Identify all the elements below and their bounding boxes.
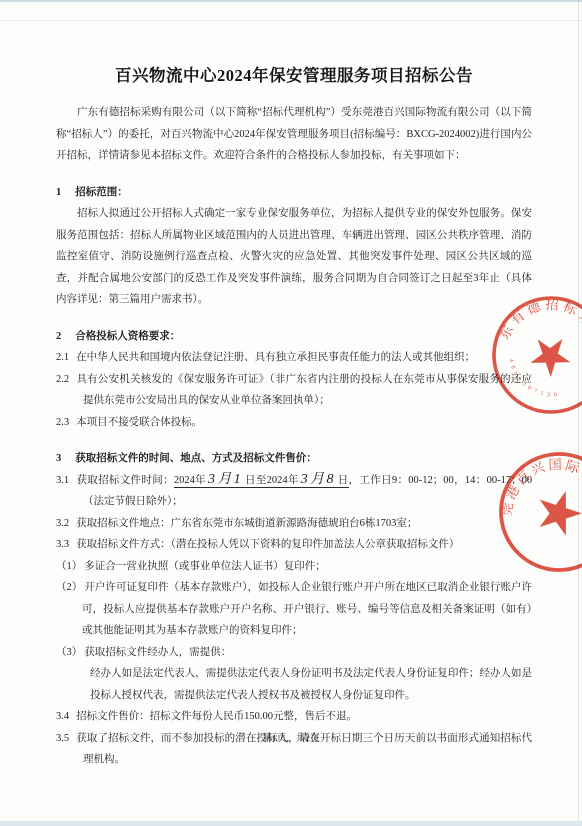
item-number: 3.4: [56, 711, 69, 722]
item-3-4: 3.4招标文件售价：招标文件每份人民币150.00元整，售后不退。: [56, 706, 532, 728]
item-number: 3.1: [56, 475, 69, 486]
section-number: 2: [56, 331, 61, 342]
item-number: 3.3: [56, 539, 69, 550]
date-year-start: 2024年: [174, 475, 206, 486]
document-title: 百兴物流中心2024年保安管理服务项目招标公告: [56, 62, 532, 86]
section-1-body: 招标人拟通过公开招标人式确定一家专业保安服务单位，为招标人提供专业的保安外包服务…: [56, 203, 532, 311]
item-text: 具有公安机关核发的《保安服务许可证》（非广东省内注册的投标人在东莞市从事保安服务…: [76, 374, 532, 407]
section-number: 1: [56, 187, 61, 198]
item-number: 2.2: [56, 374, 69, 385]
section-1-heading: 1招标范围：: [56, 182, 532, 204]
subitem-text: 多证合一营业执照（或事业单位法人证书）复印件；: [84, 561, 326, 572]
handwritten-date-start: 3月1: [206, 472, 245, 487]
item-2-2: 2.2具有公安机关核发的《保安服务许可证》（非广东省内注册的投标人在东莞市从事保…: [56, 369, 532, 412]
page-top-edge: [0, 0, 582, 2]
item-number: 2.3: [56, 417, 69, 428]
item-text: 招标文件售价：招标文件每份人民币150.00元整，售后不退。: [76, 711, 357, 722]
subitem-text: 开户许可证复印件（基本存款账户），如投标人企业银行账户开户所在地区已取消企业银行…: [82, 582, 532, 636]
section-2-heading: 2合格投标人资格要求：: [56, 326, 532, 348]
item-number: 2.1: [56, 352, 69, 363]
page-right-edge: [578, 0, 579, 826]
subitem-number: （2）: [56, 582, 82, 593]
item-3-3: 3.3获取招标文件方式：（潜在投标人凭以下资料的复印件加盖法人公章获取招标文件）: [56, 534, 532, 556]
handwritten-date-end: 3月8: [299, 472, 338, 487]
page-number: 第1页，共2页: [0, 730, 582, 744]
subitem-3-body: 经办人如是法定代表人，需提供法定代表人身份证明书及法定代表人身份证复印件；经办人…: [90, 663, 532, 706]
section-title: 合格投标人资格要求：: [75, 331, 180, 342]
subitem-text: 获取招标文件经办人，需提供：: [84, 647, 231, 658]
section-title: 招标范围：: [75, 187, 128, 198]
date-day-suffix: 日: [337, 475, 348, 486]
section-3-heading: 3获取招标文件的时间、地点、方式及招标文件售价：: [56, 448, 532, 470]
date-mid: 日至2024年: [245, 475, 299, 486]
item-number: 3.2: [56, 518, 69, 529]
item-2-1: 2.1在中华人民共和国境内依法登记注册、具有独立承担民事责任能力的法人或其他组织…: [56, 347, 532, 369]
scan-artifact-line: [0, 20, 582, 21]
document-body: 百兴物流中心2024年保安管理服务项目招标公告 广东有德招标采购有限公司（以下简…: [56, 62, 532, 771]
item-label: 获取招标文件时间：: [76, 475, 174, 486]
item-3-1: 3.1获取招标文件时间：2024年3月1日至2024年3月8日，工作日9：00-…: [56, 470, 532, 513]
subitem-number: （1）: [56, 561, 82, 572]
section-number: 3: [56, 453, 61, 464]
subitem-3: （3）获取招标文件经办人，需提供：: [50, 642, 532, 664]
subitem-number: （3）: [56, 647, 82, 658]
intro-paragraph: 广东有德招标采购有限公司（以下简称“招标代理机构”）受东莞港百兴国际物流有限公司…: [56, 102, 532, 167]
section-title: 获取招标文件的时间、地点、方式及招标文件售价：: [75, 453, 317, 464]
item-text: 本项目不接受联合体投标。: [76, 417, 202, 428]
seal-star-icon: ★: [524, 474, 582, 552]
item-text: 在中华人民共和国境内依法登记注册、具有独立承担民事责任能力的法人或其他组织；: [76, 352, 475, 363]
subitem-2: （2）开户许可证复印件（基本存款账户），如投标人企业银行账户开户所在地区已取消企…: [50, 577, 532, 642]
item-3-2: 3.2获取招标文件地点：广东省东莞市东城街道新源路海德琥珀台6栋1703室；: [56, 513, 532, 535]
subitem-1: （1）多证合一营业执照（或事业单位法人证书）复印件；: [50, 556, 532, 578]
item-text: 获取招标文件方式：（潜在投标人凭以下资料的复印件加盖法人公章获取招标文件）: [76, 539, 459, 550]
page-bottom-edge: [0, 821, 582, 826]
document-page: 百兴物流中心2024年保安管理服务项目招标公告 广东有德招标采购有限公司（以下简…: [0, 0, 582, 826]
item-text: 获取招标文件地点：广东省东莞市东城街道新源路海德琥珀台6栋1703室；: [76, 518, 417, 529]
item-2-3: 2.3本项目不接受联合体投标。: [56, 412, 532, 434]
date-underline: 2024年3月1日至2024年3月8日: [174, 475, 349, 488]
